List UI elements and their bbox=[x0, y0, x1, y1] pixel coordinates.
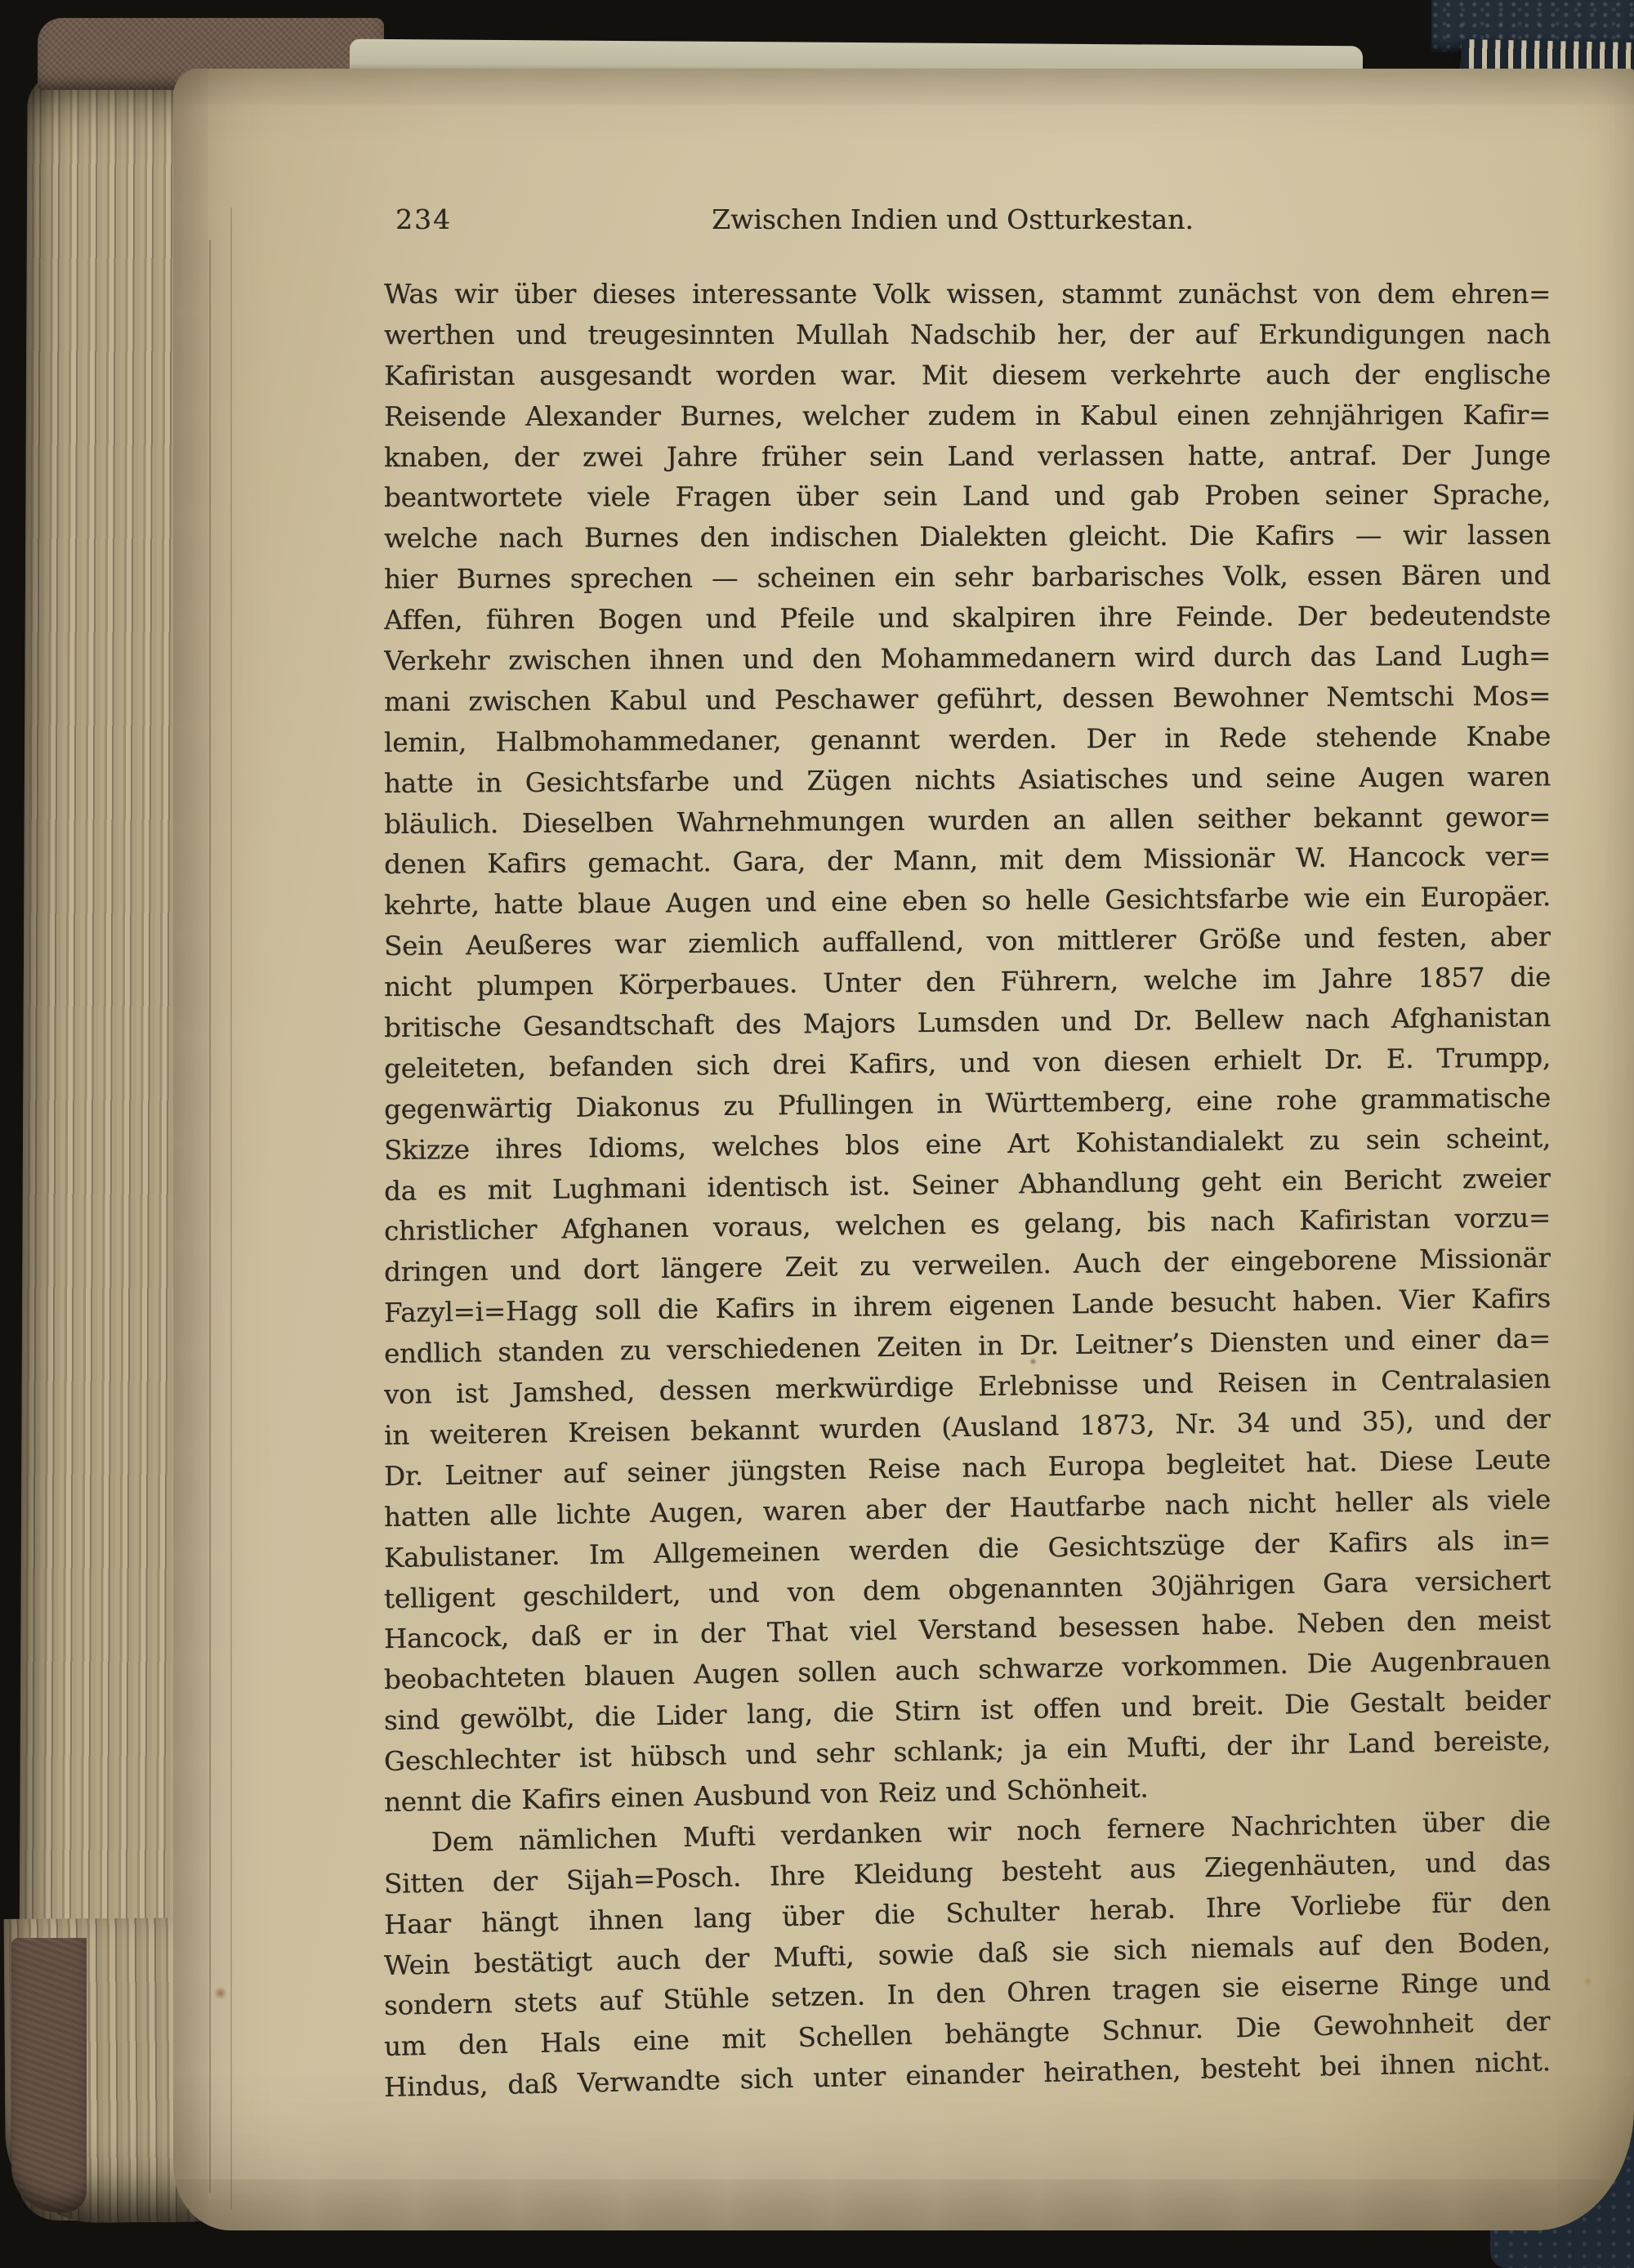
running-title: Zwischen Indien und Ostturkestan. bbox=[369, 203, 1536, 235]
page-crease bbox=[209, 240, 211, 2193]
book-page: 234 Zwischen Indien und Ostturkestan. Wa… bbox=[173, 69, 1634, 2230]
text-line: werthen und treugesinnten Mullah Nadschi… bbox=[384, 315, 1551, 356]
text-line: hatte in Gesichtsfarbe und Zügen nichts … bbox=[384, 757, 1551, 805]
text-line: Affen, führen Bogen und Pfeile und skalp… bbox=[384, 596, 1551, 641]
text-line: knaben, der zwei Jahre früher sein Land … bbox=[384, 435, 1551, 479]
text-line: mani zwischen Kabul und Peschawer geführ… bbox=[384, 676, 1551, 723]
text-line: Was wir über dieses interessante Volk wi… bbox=[384, 275, 1551, 315]
text-line: Verkehr zwischen ihnen und den Mohammeda… bbox=[384, 636, 1551, 682]
text-line: hier Burnes sprechen — scheinen ein sehr… bbox=[384, 556, 1551, 600]
book-cover-bottom-left bbox=[11, 1938, 87, 2212]
book-photo: 234 Zwischen Indien und Ostturkestan. Wa… bbox=[0, 0, 1634, 2268]
body-text: Was wir über dieses interessante Volk wi… bbox=[384, 275, 1551, 2109]
page-header: 234 Zwischen Indien und Ostturkestan. bbox=[384, 203, 1551, 246]
text-line: beantwortete viele Fragen über sein Land… bbox=[384, 475, 1551, 520]
page-crease bbox=[230, 208, 232, 2209]
text-line: welche nach Burnes den indischen Dialekt… bbox=[384, 516, 1551, 560]
text-line: lemin, Halbmohammedaner, genannt werden.… bbox=[384, 717, 1551, 764]
foxing-spot bbox=[214, 1987, 227, 1999]
paragraph: Dem nämlichen Mufti verdanken wir noch f… bbox=[384, 1824, 1551, 2109]
paragraph: Was wir über dieses interessante Volk wi… bbox=[384, 275, 1551, 1824]
text-line: Kafiristan ausgesandt worden war. Mit di… bbox=[384, 355, 1551, 396]
foxing-spot bbox=[1583, 1977, 1592, 1985]
text-line: Reisende Alexander Burnes, welcher zudem… bbox=[384, 395, 1551, 438]
